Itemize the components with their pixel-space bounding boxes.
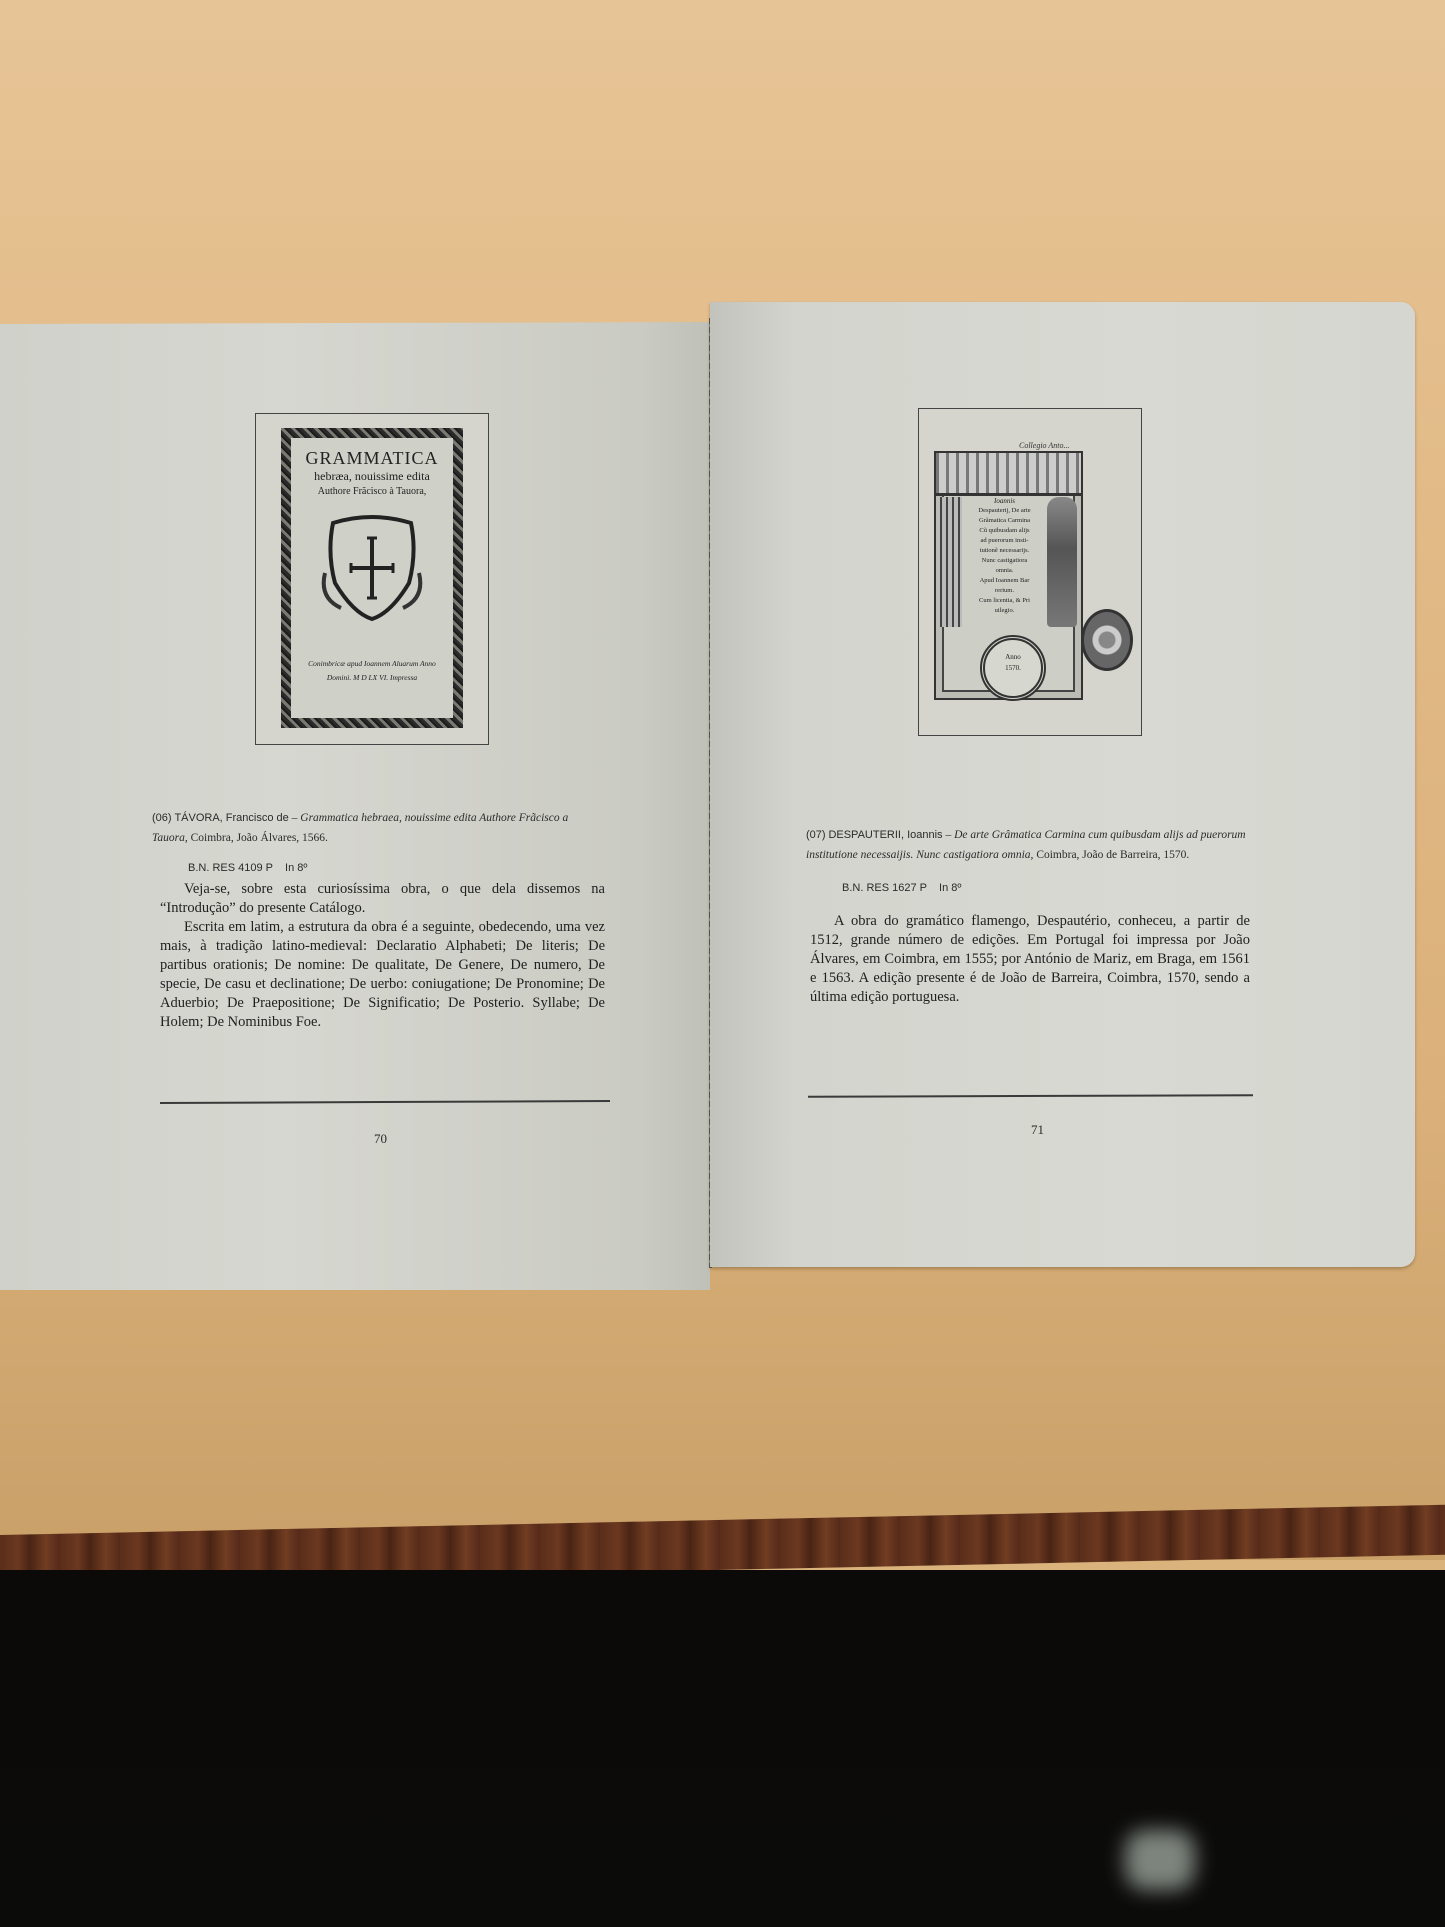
paragraph-1: A obra do gramático flamengo, Despautéri… xyxy=(810,912,1250,1007)
commentary-07: A obra do gramático flamengo, Despautéri… xyxy=(810,912,1250,1007)
format-text: In 8º xyxy=(939,882,961,894)
plate-line: Cum licentia, & Pri xyxy=(964,597,1045,604)
title-page-woodcut: GRAMMATICA hebræa, nouissime edita Autho… xyxy=(281,428,463,728)
shelfmark-text: B.N. RES 4109 P xyxy=(188,862,273,874)
medallion-anno: Anno xyxy=(985,653,1041,661)
catalogue-entry-07: (07) DESPAUTERII, Ioannis – De arte Grâm… xyxy=(806,825,1251,865)
plate-line: uilegio. xyxy=(964,607,1045,614)
format-text: In 8º xyxy=(285,862,307,874)
medallion-year: 1570. xyxy=(985,664,1041,672)
frame-top-cornice xyxy=(936,453,1081,496)
left-column xyxy=(940,497,962,627)
page-number-70: 70 xyxy=(374,1131,387,1147)
plate-line: Cũ quibusdam alijs xyxy=(964,527,1045,534)
plate-line: Ioannis xyxy=(964,497,1045,505)
plate-line: tutionẽ necessarijs. xyxy=(964,547,1045,554)
plate-line: omnia. xyxy=(964,567,1045,574)
catalogue-entry-06: (06) TÁVORA, Francisco de – Grammatica h… xyxy=(152,808,602,848)
shelfmark-06: B.N. RES 4109 P In 8º xyxy=(188,862,307,874)
plate-line: ad puerorum insti- xyxy=(964,537,1045,544)
plate-line: Grãmatica Carmina xyxy=(964,517,1045,524)
commentary-06: Veja-se, sobre esta curiosíssima obra, o… xyxy=(160,880,605,1032)
entry-number: (07) xyxy=(806,829,826,841)
light-reflection xyxy=(1125,1830,1195,1890)
plate-line: Apud Ioannem Bar xyxy=(964,577,1045,584)
plate-line: Nunc castigatiora xyxy=(964,557,1045,564)
left-page: GRAMMATICA hebræa, nouissime edita Autho… xyxy=(0,322,710,1290)
footer-rule-right xyxy=(808,1094,1253,1097)
saint-figure xyxy=(1047,497,1077,627)
coat-of-arms-icon xyxy=(321,513,423,623)
date-medallion: Anno 1570. xyxy=(980,635,1046,701)
entry-author: TÁVORA, Francisco de xyxy=(174,812,288,824)
footer-rule-left xyxy=(160,1100,610,1103)
frame-title-block: Ioannis Despauterij, De arte Grãmatica C… xyxy=(964,497,1045,627)
plate-title-line3: Authore Frãcisco à Tauora, xyxy=(291,486,453,498)
engraving-plate-right: Collegio Anto... Ioannis Despauterij, De… xyxy=(918,408,1142,736)
entry-dash: – xyxy=(945,829,951,841)
entry-author: DESPAUTERII, Ioannis xyxy=(828,829,942,841)
entry-number: (06) xyxy=(152,812,172,824)
entry-imprint: Coimbra, João de Barreira, 1570. xyxy=(1036,849,1189,861)
plate-title-line1: GRAMMATICA xyxy=(291,448,453,469)
page-number-71: 71 xyxy=(1031,1122,1044,1138)
engraving-plate-left: GRAMMATICA hebræa, nouissime edita Autho… xyxy=(255,413,489,745)
plate-imprint-line1: Conimbricæ apud Ioannem Aluarum Anno xyxy=(291,660,453,669)
architectural-frame: Ioannis Despauterij, De arte Grãmatica C… xyxy=(934,451,1083,700)
right-page: Collegio Anto... Ioannis Despauterij, De… xyxy=(710,302,1415,1267)
floor xyxy=(0,1570,1445,1927)
paragraph-2: Escrita em latim, a estrutura da obra é … xyxy=(160,918,605,1032)
entry-imprint: Coimbra, João Álvares, 1566. xyxy=(191,832,328,844)
library-stamp-icon xyxy=(1081,609,1133,671)
paragraph-1: Veja-se, sobre esta curiosíssima obra, o… xyxy=(160,880,605,918)
plate-imprint-line2: Domini. M D LX VI. Impressa xyxy=(291,674,453,683)
shelfmark-07: B.N. RES 1627 P In 8º xyxy=(842,882,961,894)
handwritten-inscription: Collegio Anto... xyxy=(1019,441,1070,450)
plate-line: Despauterij, De arte xyxy=(964,507,1045,514)
entry-dash: – xyxy=(292,812,298,824)
shelfmark-text: B.N. RES 1627 P xyxy=(842,882,927,894)
plate-title-line2: hebræa, nouissime edita xyxy=(291,470,453,484)
plate-line: rerium. xyxy=(964,587,1045,594)
